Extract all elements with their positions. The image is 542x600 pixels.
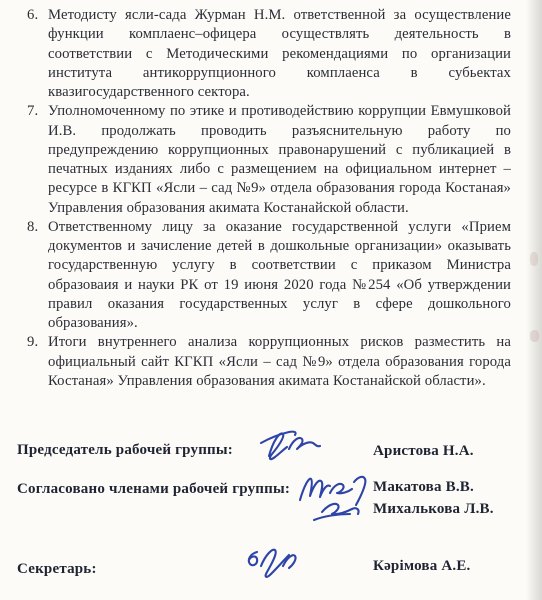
signature-chairman: [256, 426, 322, 464]
agreed-label: Согласовано членами рабочей группы:: [17, 481, 290, 498]
list-item: 6. Методисту ясли-сада Журман Н.М. ответ…: [27, 6, 511, 102]
list-item-number: 6.: [27, 6, 38, 25]
numbered-list: 6. Методисту ясли-сада Журман Н.М. ответ…: [27, 6, 511, 391]
chairman-label: Председатель рабочей группы:: [17, 442, 233, 459]
signature-secretary: [241, 540, 305, 586]
list-item-text: Методисту ясли-сада Журман Н.М. ответств…: [48, 7, 511, 100]
list-item-number: 7.: [27, 102, 38, 121]
list-item-text: Итоги внутреннего анализа коррупционных …: [48, 334, 511, 389]
list-item: 7. Уполномоченному по этике и противодей…: [27, 102, 511, 218]
list-item: 9. Итоги внутреннего анализа коррупционн…: [27, 333, 511, 391]
signatory-name: Кәрімова А.Е.: [373, 558, 470, 575]
document-page: 6. Методисту ясли-сада Журман Н.М. ответ…: [0, 0, 542, 600]
signatory-name: Михалькова Л.В.: [373, 501, 494, 518]
list-item-number: 8.: [27, 218, 38, 237]
signatory-name: Аристова Н.А.: [373, 443, 474, 460]
signature-members: [294, 464, 380, 526]
list-item-number: 9.: [27, 333, 38, 352]
secretary-label: Секретарь:: [17, 561, 97, 578]
signatory-name: Макатова В.В.: [373, 479, 474, 496]
list-item: 8. Ответственному лицу за оказание госуд…: [27, 218, 511, 334]
scan-smudge: [530, 330, 539, 342]
scan-edge-shadow: [526, 0, 542, 600]
scan-smudge: [530, 252, 538, 266]
list-item-text: Ответственному лицу за оказание государс…: [48, 219, 511, 331]
list-item-text: Уполномоченному по этике и противодейств…: [48, 103, 511, 215]
